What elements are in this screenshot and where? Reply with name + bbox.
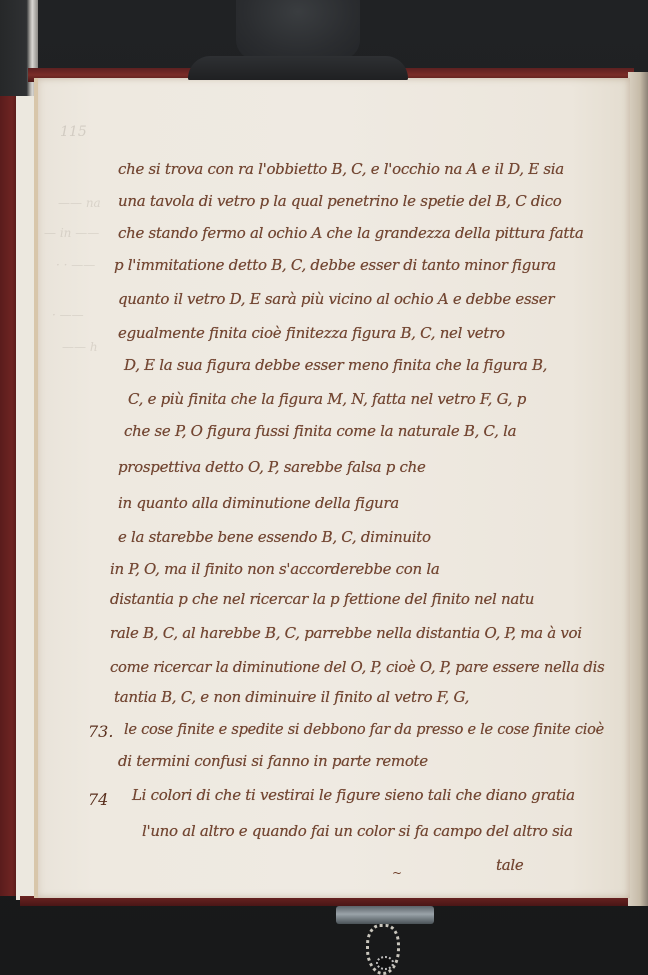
left-edge-clip <box>0 0 38 98</box>
manuscript-line: distantia p che nel ricercar la p fettio… <box>110 590 534 608</box>
manuscript-line: D, E la sua figura debbe esser meno fini… <box>124 356 547 374</box>
page-gutter <box>34 78 38 898</box>
bleed-through-text: · · —— <box>56 258 95 272</box>
paragraph-number: 73. <box>88 722 113 741</box>
manuscript-line: l'uno al altro e quando fai un color si … <box>142 822 573 840</box>
manuscript-line: come ricercar la diminutione del O, P, c… <box>110 658 604 676</box>
manuscript-line: quanto il vetro D, E sarà più vicino al … <box>118 290 554 308</box>
top-page-clamp <box>188 0 408 80</box>
flyleaf-left <box>16 96 35 900</box>
manuscript-line: e la starebbe bene essendo B, C, diminui… <box>118 528 431 546</box>
manuscript-line: Li colori di che ti vestirai le figure s… <box>132 786 575 804</box>
bottom-ink-mark: ~ <box>392 866 402 880</box>
manuscript-line: le cose finite e spedite si debbono far … <box>124 720 604 738</box>
bleed-through-text: —— na <box>58 196 101 210</box>
manuscript-line: una tavola di vetro p la qual penetrino … <box>118 192 562 210</box>
manuscript-line: tantia B, C, e non diminuire il finito a… <box>114 688 469 706</box>
clamp-stem <box>236 0 360 60</box>
manuscript-line: prospettiva detto O, P, sarebbe falsa p … <box>118 458 426 476</box>
manuscript-line: in P, O, ma il finito non s'accorderebbe… <box>110 560 439 578</box>
paragraph-number: 74 <box>88 790 108 809</box>
chain-ring <box>376 956 394 970</box>
bottom-page-weight <box>336 904 434 975</box>
bleed-through-folio-number: 115 <box>60 124 87 140</box>
manuscript-line: rale B, C, al harebbe B, C, parrebbe nel… <box>110 624 582 642</box>
manuscript-line: che stando fermo al ochio A che la grand… <box>118 224 584 242</box>
clamp-foot <box>188 56 408 80</box>
manuscript-line: C, e più finita che la figura M, N, fatt… <box>128 390 526 408</box>
manuscript-line: p l'immitatione detto B, C, debbe esser … <box>114 256 556 274</box>
manuscript-line: che si trova con ra l'obbietto B, C, e l… <box>118 160 564 178</box>
bleed-through-text: — in —— <box>44 226 99 240</box>
bleed-through-text: · —— <box>52 308 84 322</box>
weight-bar <box>336 906 434 924</box>
manuscript-line: che se P, O figura fussi finita come la … <box>124 422 516 440</box>
manuscript-line: di termini confusi si fanno in parte rem… <box>118 752 428 770</box>
page-stack-right-edge <box>628 72 648 906</box>
bleed-through-text: —— h <box>62 340 98 354</box>
manuscript-line: in quanto alla diminutione della figura <box>118 494 399 512</box>
manuscript-line: egualmente finita cioè finitezza figura … <box>118 324 505 342</box>
manuscript-line: tale <box>496 856 523 874</box>
